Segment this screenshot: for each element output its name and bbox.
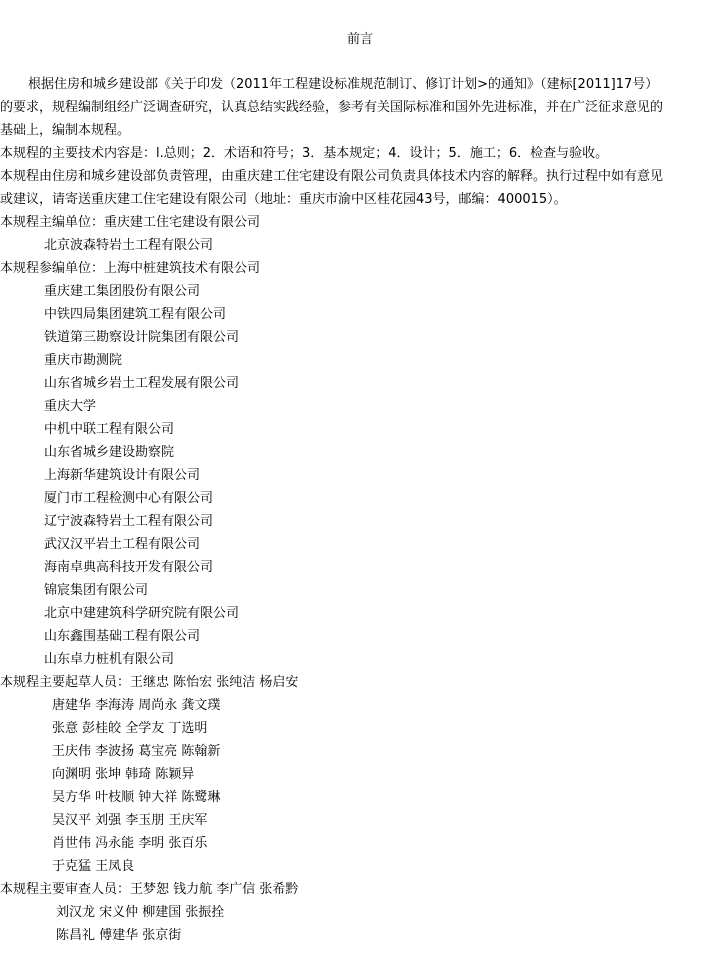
participating-unit: 山东省城乡岩土工程发展有限公司: [44, 375, 239, 393]
drafters-names: 于克猛 王凤良: [52, 858, 134, 876]
participating-unit: 上海中桩建筑技术有限公司: [104, 261, 260, 276]
drafters-names: 唐建华 李海涛 周尚永 龚文璞: [52, 697, 220, 715]
participating-unit: 武汉汉平岩土工程有限公司: [44, 536, 200, 554]
paragraph-line: 的要求，规程编制组经广泛调查研究，认真总结实践经验，参考有关国际标准和国外先进标…: [0, 99, 663, 117]
chief-editor-unit: 北京波森特岩土工程有限公司: [44, 237, 213, 255]
drafters-names: 张意 彭桂皎 全学友 丁选明: [52, 720, 207, 738]
participating-unit: 锦宸集团有限公司: [44, 582, 148, 600]
reviewers-names: 王梦恕 钱力航 李广信 张希黔: [130, 882, 298, 897]
participating-unit: 山东鑫围基础工程有限公司: [44, 628, 200, 646]
participating-unit: 上海新华建筑设计有限公司: [44, 467, 200, 485]
participating-unit: 海南卓典高科技开发有限公司: [44, 559, 213, 577]
participating-line: 本规程参编单位：上海中桩建筑技术有限公司: [0, 260, 260, 278]
participating-unit: 辽宁波森特岩土工程有限公司: [44, 513, 213, 531]
chief-editor-unit: 重庆建工住宅建设有限公司: [104, 215, 260, 230]
participating-unit: 厦门市工程检测中心有限公司: [44, 490, 213, 508]
paragraph-line: 根据住房和城乡建设部《关于印发（2011年工程建设标准规范制订、修订计划>的通知…: [28, 76, 658, 94]
drafters-names: 王继忠 陈怡宏 张纯洁 杨启安: [130, 675, 298, 690]
reviewers-names: 刘汉龙 宋义仲 柳建国 张振拴: [56, 904, 224, 922]
drafters-names: 王庆伟 李波扬 葛宝亮 陈翰新: [52, 743, 220, 761]
chief-editor-line: 本规程主编单位：重庆建工住宅建设有限公司: [0, 214, 260, 232]
participating-unit: 山东省城乡建设勘察院: [44, 444, 174, 462]
reviewers-line: 本规程主要审查人员：王梦恕 钱力航 李广信 张希黔: [0, 881, 298, 899]
reviewers-label: 本规程主要审查人员：: [0, 882, 130, 897]
participating-label: 本规程参编单位：: [0, 261, 104, 276]
participating-unit: 山东卓力桩机有限公司: [44, 651, 174, 669]
drafters-label: 本规程主要起草人员：: [0, 675, 130, 690]
reviewers-names: 陈昌礼 傅建华 张京街: [56, 927, 181, 945]
paragraph-line: 本规程的主要技术内容是：l.总则；2．术语和符号；3．基本规定；4．设计；5．施…: [0, 145, 608, 163]
drafters-names: 肖世伟 冯永能 李明 张百乐: [52, 835, 207, 853]
document-title: 前言: [0, 31, 720, 49]
drafters-names: 吴汉平 刘强 李玉朋 王庆军: [52, 812, 207, 830]
participating-unit: 重庆大学: [44, 398, 96, 416]
participating-unit: 铁道第三勘察设计院集团有限公司: [44, 329, 239, 347]
paragraph-line: 本规程由住房和城乡建设部负责管理，由重庆建工住宅建设有限公司负责具体技术内容的解…: [0, 168, 663, 186]
drafters-line: 本规程主要起草人员：王继忠 陈怡宏 张纯洁 杨启安: [0, 674, 298, 692]
paragraph-line: 基础上，编制本规程。: [0, 122, 130, 140]
drafters-names: 吴方华 叶枝顺 钟大祥 陈鹭琳: [52, 789, 220, 807]
participating-unit: 中机中联工程有限公司: [44, 421, 174, 439]
participating-unit: 中铁四局集团建筑工程有限公司: [44, 306, 226, 324]
chief-editor-label: 本规程主编单位：: [0, 215, 104, 230]
participating-unit: 北京中建建筑科学研究院有限公司: [44, 605, 239, 623]
paragraph-line: 或建议，请寄送重庆建工住宅建设有限公司（地址：重庆市渝中区桂花园43号，邮编：4…: [0, 191, 567, 209]
drafters-names: 向渊明 张坤 韩琦 陈颖异: [52, 766, 194, 784]
participating-unit: 重庆建工集团股份有限公司: [44, 283, 200, 301]
participating-unit: 重庆市勘测院: [44, 352, 122, 370]
